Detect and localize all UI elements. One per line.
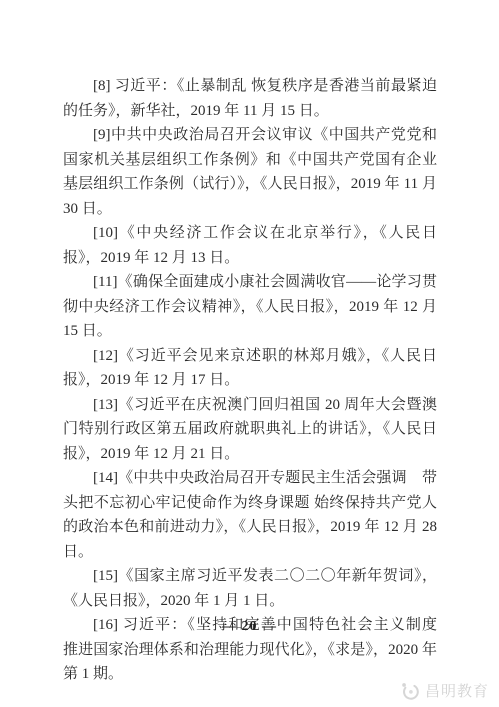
reference-item: [15]《国家主席习近平发表二〇二〇年新年贺词》，《人民日报》，2020 年 1…: [63, 564, 437, 613]
watermark: 昌明教育: [399, 679, 489, 701]
reference-item: [8] 习近平：《止暴制乱 恢复秩序是香港当前最紧迫的任务》，新华社，2019 …: [63, 74, 437, 123]
reference-item: [12]《习近平会见来京述职的林郑月娥》，《人民日报》，2019 年 12 月 …: [63, 344, 437, 393]
page-number: — 20 —: [0, 619, 499, 635]
reference-item: [13]《习近平在庆祝澳门回归祖国 20 周年大会暨澳门特别行政区第五届政府就职…: [63, 393, 437, 467]
watermark-brand-text: 昌明教育: [425, 680, 489, 701]
document-page: [8] 习近平：《止暴制乱 恢复秩序是香港当前最紧迫的任务》，新华社，2019 …: [0, 0, 499, 707]
reference-list: [8] 习近平：《止暴制乱 恢复秩序是香港当前最紧迫的任务》，新华社，2019 …: [63, 74, 437, 687]
reference-item: [10]《中央经济工作会议在北京举行》，《人民日报》，2019 年 12 月 1…: [63, 221, 437, 270]
reference-item: [14]《中共中央政治局召开专题民主生活会强调 带头把不忘初心牢记使命作为终身课…: [63, 466, 437, 564]
swirl-logo-icon: [399, 679, 421, 701]
reference-item: [11]《确保全面建成小康社会圆满收官——论学习贯彻中央经济工作会议精神》，《人…: [63, 270, 437, 344]
reference-item: [9]中共中央政治局召开会议审议《中国共产党党和国家机关基层组织工作条例》和《中…: [63, 123, 437, 221]
